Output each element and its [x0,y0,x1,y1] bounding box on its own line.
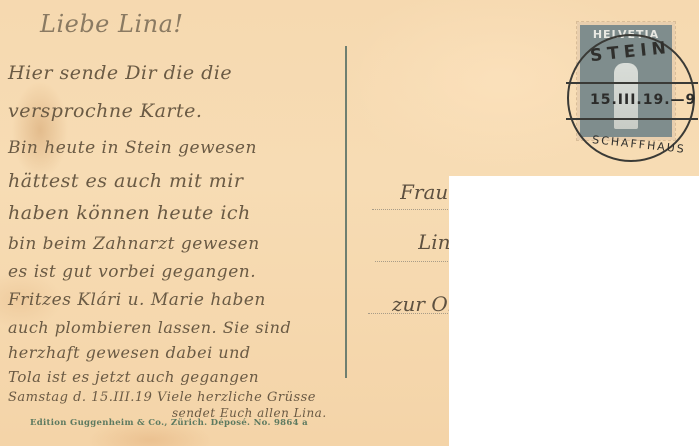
address-line-2 [375,261,450,262]
message-line: Fritzes Klári u. Marie haben [8,290,266,310]
message-line: es ist gut vorbei gegangen. [8,262,256,282]
address-line-1 [372,209,450,210]
message-line: haben können heute ich [8,202,251,224]
address-recipient: Frau [400,180,449,204]
message-line: Samstag d. 15.III.19 Viele herzliche Grü… [8,390,316,405]
message-line: Bin heute in Stein gewesen [8,138,257,158]
message-line: bin beim Zahnarzt gewesen [8,234,260,254]
postmark-bar-bottom [566,118,698,120]
postmark-date: 15.III.19.—9 [590,92,696,108]
message-line: versprochne Karte. [8,100,202,122]
message-line: hättest es auch mit mir [8,170,243,192]
postcard-back: Liebe Lina! Hier sende Dir die die versp… [0,0,699,446]
message-line: auch plombieren lassen. Sie sind [8,318,291,337]
message-address-divider [345,46,347,378]
message-line: herzhaft gewesen dabei und [8,343,251,362]
address-name: Lina [418,230,449,254]
publisher-imprint: Edition Guggenheim & Co., Zürich. Déposé… [30,418,308,428]
postmark-bar-top [566,82,698,84]
blank-white-region [449,176,699,446]
message-line: Hier sende Dir die die [8,62,232,84]
message-greeting: Liebe Lina! [40,10,184,38]
message-line: Tola ist es jetzt auch gegangen [8,368,259,386]
address-place: zur Ob [392,292,449,316]
